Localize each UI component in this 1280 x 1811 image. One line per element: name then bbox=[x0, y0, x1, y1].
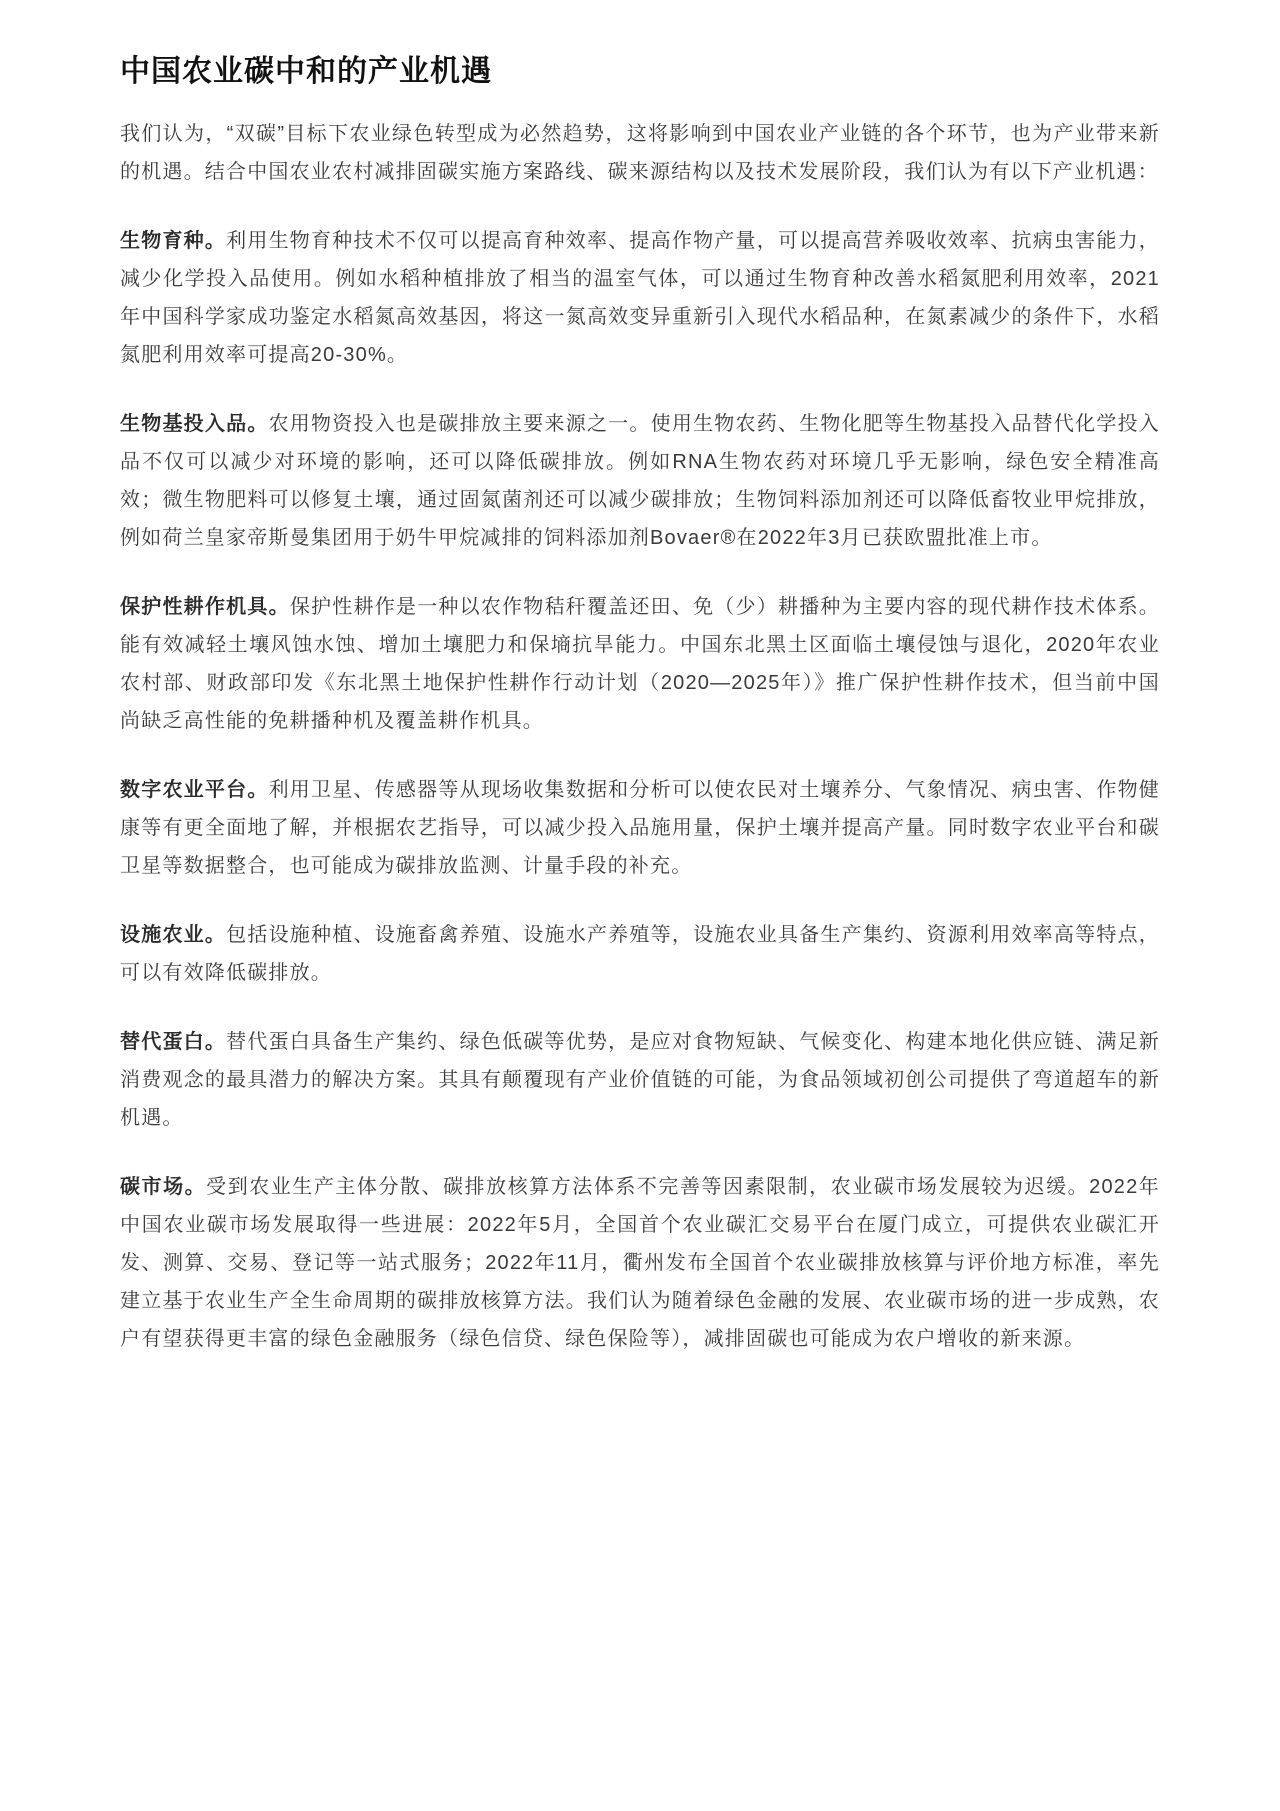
page-title: 中国农业碳中和的产业机遇 bbox=[120, 52, 1160, 91]
section-facility-agriculture: 设施农业。包括设施种植、设施畜禽养殖、设施水产养殖等，设施农业具备生产集约、资源… bbox=[120, 916, 1160, 992]
section-heading: 保护性耕作机具。 bbox=[120, 596, 290, 618]
section-alternative-protein: 替代蛋白。替代蛋白具备生产集约、绿色低碳等优势，是应对食物短缺、气候变化、构建本… bbox=[120, 1023, 1160, 1137]
section-bio-breeding: 生物育种。利用生物育种技术不仅可以提高育种效率、提高作物产量，可以提高营养吸收效… bbox=[120, 222, 1160, 374]
section-heading: 生物育种。 bbox=[120, 230, 226, 252]
section-body: 利用生物育种技术不仅可以提高育种效率、提高作物产量，可以提高营养吸收效率、抗病虫… bbox=[120, 230, 1160, 366]
section-heading: 碳市场。 bbox=[120, 1176, 206, 1198]
section-heading: 生物基投入品。 bbox=[120, 413, 269, 435]
section-body: 受到农业生产主体分散、碳排放核算方法体系不完善等因素限制，农业碳市场发展较为迟缓… bbox=[120, 1176, 1160, 1350]
section-digital-agriculture-platform: 数字农业平台。利用卫星、传感器等从现场收集数据和分析可以使农民对土壤养分、气象情… bbox=[120, 771, 1160, 885]
intro-paragraph: 我们认为，“双碳”目标下农业绿色转型成为必然趋势，这将影响到中国农业产业链的各个… bbox=[120, 115, 1160, 191]
section-body: 利用卫星、传感器等从现场收集数据和分析可以使农民对土壤养分、气象情况、病虫害、作… bbox=[120, 779, 1160, 877]
section-heading: 替代蛋白。 bbox=[120, 1031, 226, 1053]
document-page: 中国农业碳中和的产业机遇 我们认为，“双碳”目标下农业绿色转型成为必然趋势，这将… bbox=[0, 0, 1280, 1811]
section-body: 农用物资投入也是碳排放主要来源之一。使用生物农药、生物化肥等生物基投入品替代化学… bbox=[120, 413, 1160, 549]
section-body: 包括设施种植、设施畜禽养殖、设施水产养殖等，设施农业具备生产集约、资源利用效率高… bbox=[120, 924, 1160, 984]
section-carbon-market: 碳市场。受到农业生产主体分散、碳排放核算方法体系不完善等因素限制，农业碳市场发展… bbox=[120, 1168, 1160, 1358]
section-conservation-tillage-machinery: 保护性耕作机具。保护性耕作是一种以农作物秸秆覆盖还田、免（少）耕播种为主要内容的… bbox=[120, 588, 1160, 740]
section-body: 替代蛋白具备生产集约、绿色低碳等优势，是应对食物短缺、气候变化、构建本地化供应链… bbox=[120, 1031, 1160, 1129]
section-heading: 设施农业。 bbox=[120, 924, 226, 946]
section-heading: 数字农业平台。 bbox=[120, 779, 269, 801]
section-biobased-inputs: 生物基投入品。农用物资投入也是碳排放主要来源之一。使用生物农药、生物化肥等生物基… bbox=[120, 405, 1160, 557]
